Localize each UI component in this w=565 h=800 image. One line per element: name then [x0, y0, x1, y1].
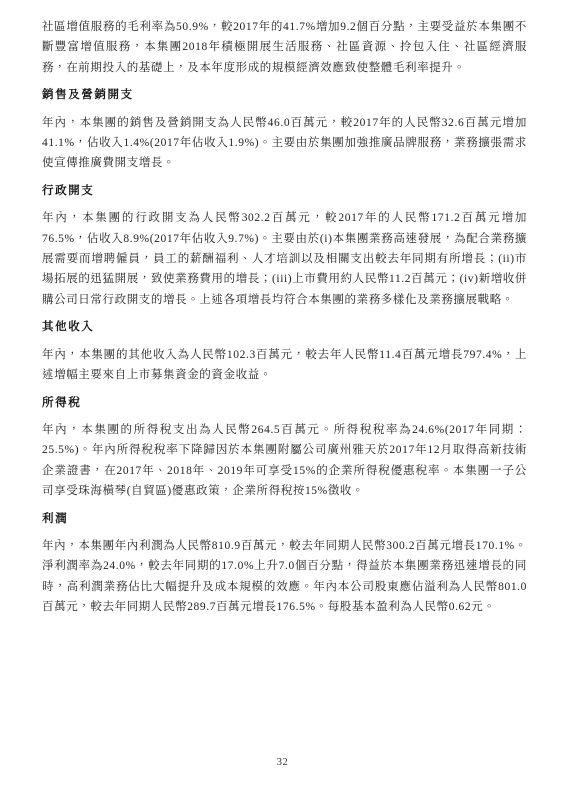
- heading-income-tax: 所得稅: [42, 393, 527, 413]
- heading-administrative-expenses: 行政開支: [42, 181, 527, 201]
- report-page: 社區增值服務的毛利率為50.9%，較2017年的41.7%增加9.2個百分點，主…: [0, 0, 565, 800]
- paragraph-other-income: 年內，本集團的其他收入為人民幣102.3百萬元，較去年人民幣11.4百萬元增長7…: [42, 345, 527, 386]
- paragraph-profit: 年內，本集團年內利潤為人民幣810.9百萬元，較去年同期人民幣300.2百萬元增…: [42, 536, 527, 618]
- paragraph-administrative-expenses: 年內，本集團的行政開支為人民幣302.2百萬元，較2017年的人民幣171.2百…: [42, 208, 527, 310]
- paragraph-community-vas-gross-margin: 社區增值服務的毛利率為50.9%，較2017年的41.7%增加9.2個百分點，主…: [42, 17, 527, 78]
- paragraph-selling-marketing-expenses: 年內，本集團的銷售及營銷開支為人民幣46.0百萬元，較2017年的人民幣32.6…: [42, 113, 527, 174]
- heading-selling-marketing-expenses: 銷售及營銷開支: [42, 85, 527, 105]
- heading-profit: 利潤: [42, 509, 527, 529]
- page-content: 社區增值服務的毛利率為50.9%，較2017年的41.7%增加9.2個百分點，主…: [42, 17, 527, 618]
- paragraph-income-tax: 年內，本集團的所得稅支出為人民幣264.5百萬元。所得稅稅率為24.6%(201…: [42, 420, 527, 502]
- page-number: 32: [0, 757, 565, 768]
- heading-other-income: 其他收入: [42, 317, 527, 337]
